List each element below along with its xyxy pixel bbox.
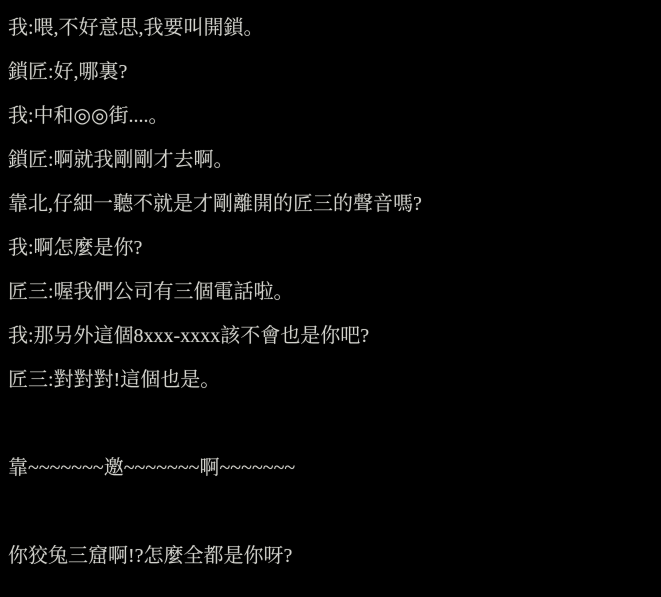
dialogue-line: 我:中和◎◎街....。 bbox=[8, 94, 657, 138]
dialogue-line: 匠三:喔我們公司有三個電話啦。 bbox=[8, 270, 657, 314]
dialogue-line: 靠~~~~~~~邀~~~~~~~啊~~~~~~~ bbox=[8, 446, 657, 490]
dialogue-text-block: 我:喂,不好意思,我要叫開鎖。 鎖匠:好,哪裏? 我:中和◎◎街....。 鎖匠… bbox=[8, 6, 657, 578]
dialogue-line: 鎖匠:好,哪裏? bbox=[8, 50, 657, 94]
dialogue-line: 我:啊怎麼是你? bbox=[8, 226, 657, 270]
dialogue-line: 匠三:對對對!這個也是。 bbox=[8, 358, 657, 402]
dialogue-line: 鎖匠:啊就我剛剛才去啊。 bbox=[8, 138, 657, 182]
dialogue-line: 我:那另外這個8xxx-xxxx該不會也是你吧? bbox=[8, 314, 657, 358]
dialogue-line: 靠北,仔細一聽不就是才剛離開的匠三的聲音嗎? bbox=[8, 182, 657, 226]
dialogue-line: 我:喂,不好意思,我要叫開鎖。 bbox=[8, 6, 657, 50]
page: 我:喂,不好意思,我要叫開鎖。 鎖匠:好,哪裏? 我:中和◎◎街....。 鎖匠… bbox=[0, 0, 661, 597]
dialogue-line: 你狡兔三窟啊!?怎麼全都是你呀? bbox=[8, 534, 657, 578]
blank-line bbox=[8, 490, 657, 534]
blank-line bbox=[8, 402, 657, 446]
